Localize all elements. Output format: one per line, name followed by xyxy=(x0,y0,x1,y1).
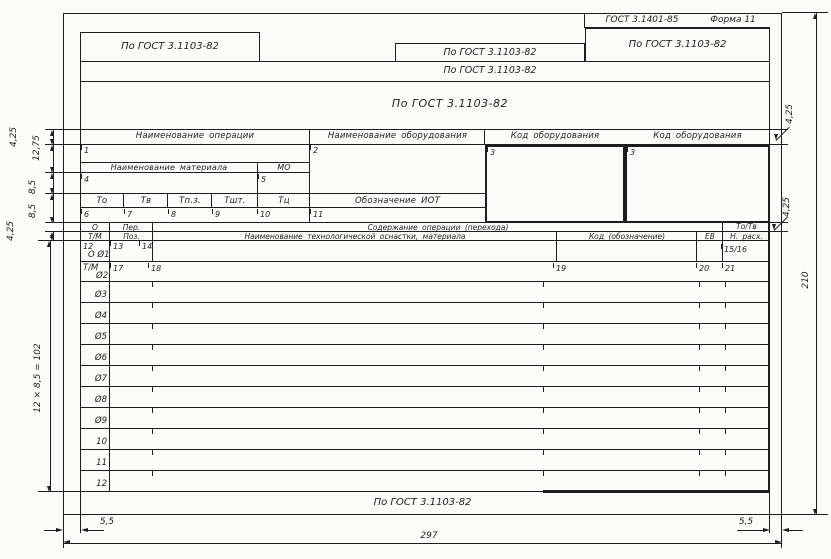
grid-line xyxy=(80,491,545,492)
row-number-label: Ø7 xyxy=(80,375,107,384)
dim-sheet-width: 297 xyxy=(413,532,445,541)
grid-line xyxy=(80,428,770,429)
field-number-5: 5 xyxy=(261,175,266,184)
dim-left-425-top: 4,25 xyxy=(9,127,19,147)
grid-line xyxy=(543,490,770,493)
row-number-label: 10 xyxy=(80,438,107,447)
row-number-label: 11 xyxy=(80,459,107,468)
grid-line xyxy=(152,222,153,262)
row-01-type-label: О Ø1 xyxy=(88,251,110,260)
column-tick xyxy=(699,429,700,434)
row-number-label: Ø9 xyxy=(80,417,107,426)
grid-line xyxy=(80,302,770,303)
grid-line xyxy=(80,172,310,173)
field-number-10: 10 xyxy=(260,210,270,219)
grid-line xyxy=(782,514,828,515)
column-tick xyxy=(543,366,544,371)
dim-right-425-mid: 4,25 xyxy=(782,197,792,217)
arrowhead xyxy=(47,241,51,247)
arrowhead xyxy=(772,224,776,230)
arrowhead xyxy=(50,235,54,241)
dim-rows-total: 12 × 8,5 = 102 xyxy=(33,343,43,412)
column-tick xyxy=(699,408,700,413)
sheet-frame xyxy=(63,13,782,515)
arrowhead xyxy=(56,528,63,532)
grid-line xyxy=(696,231,697,262)
grid-line xyxy=(770,231,788,232)
column-tick xyxy=(725,450,726,455)
field-number-9: 9 xyxy=(215,210,220,219)
grid-line xyxy=(80,231,770,232)
column-tick xyxy=(543,387,544,392)
standard-label: ГОСТ 3.1401-85 xyxy=(588,16,696,25)
arrowhead xyxy=(81,528,88,532)
field-number-2: 2 xyxy=(313,146,318,155)
ref-box-top-right: По ГОСТ 3.1103-82 xyxy=(585,28,770,62)
row-number-label: Ø6 xyxy=(80,354,107,363)
header-equipment-code-1: Код оборудования xyxy=(485,132,625,141)
field-number-19: 19 xyxy=(556,264,566,273)
grid-line xyxy=(770,222,788,223)
dim-left-425-bottom: 4,25 xyxy=(6,221,16,241)
arrowhead xyxy=(50,194,54,200)
column-tick xyxy=(543,429,544,434)
arrowhead xyxy=(50,217,54,223)
column-tick xyxy=(725,408,726,413)
grid-line xyxy=(50,241,51,492)
dim-sheet-height: 210 xyxy=(801,271,811,288)
grid-line xyxy=(584,13,585,28)
grid-line xyxy=(484,129,485,145)
grid-line xyxy=(80,449,770,450)
column-tick xyxy=(725,324,726,329)
grid-line xyxy=(123,193,124,208)
grid-line xyxy=(585,27,770,28)
row-01-number: Ø1 xyxy=(97,250,109,260)
header-equipment-code-2: Код оборудования xyxy=(625,132,770,141)
field-number-3a: 3 xyxy=(490,148,495,157)
arrowhead xyxy=(774,134,778,140)
dim-margin-right: 5,5 xyxy=(734,518,758,527)
dim-left-85-a: 8,5 xyxy=(28,180,38,194)
header-to-tv: То/Тв xyxy=(723,223,770,231)
equipment-code-box-2 xyxy=(625,145,770,223)
grid-line xyxy=(816,13,817,515)
header-t-pz: Тп.з. xyxy=(168,197,212,206)
column-tick xyxy=(725,345,726,350)
field-number-18: 18 xyxy=(151,264,161,273)
field-number-6: 6 xyxy=(84,210,89,219)
field-number-13: 13 xyxy=(113,242,123,251)
grid-line xyxy=(80,470,770,471)
column-tick xyxy=(725,303,726,308)
column-tick xyxy=(725,366,726,371)
row-number-label: 12 xyxy=(80,480,107,489)
grid-line xyxy=(80,261,770,262)
grid-line xyxy=(737,530,763,531)
column-tick xyxy=(699,282,700,287)
grid-line xyxy=(109,222,110,492)
column-tick xyxy=(699,387,700,392)
grid-line xyxy=(80,162,310,163)
grid-line xyxy=(80,81,770,82)
grid-line xyxy=(309,129,310,223)
arrowhead xyxy=(47,486,51,492)
column-tick xyxy=(152,408,153,413)
grid-line xyxy=(80,207,485,208)
arrowhead xyxy=(775,540,782,544)
grid-line xyxy=(80,240,770,241)
arrowhead xyxy=(763,528,770,532)
grid-line xyxy=(38,240,80,241)
grid-line xyxy=(80,144,770,145)
column-tick xyxy=(699,471,700,476)
form-number-label: Форма 11 xyxy=(700,16,766,25)
grid-line xyxy=(80,323,770,324)
ref-row-1: По ГОСТ 3.1103-82 xyxy=(400,66,580,76)
arrowhead xyxy=(50,130,54,136)
header-equipment-name: Наименование оборудования xyxy=(310,132,485,141)
arrowhead xyxy=(782,528,789,532)
field-number-21: 21 xyxy=(725,264,735,273)
column-tick xyxy=(152,345,153,350)
field-number-4: 4 xyxy=(84,175,89,184)
row-number-label: Ø8 xyxy=(80,396,107,405)
column-tick xyxy=(543,282,544,287)
arrowhead xyxy=(63,540,70,544)
equipment-code-box-1 xyxy=(485,145,625,223)
column-tick xyxy=(543,471,544,476)
column-tick xyxy=(725,471,726,476)
header-t-o: То xyxy=(80,197,124,206)
grid-line xyxy=(80,129,770,130)
grid-line xyxy=(769,61,770,145)
grid-line xyxy=(80,386,770,387)
gost-form-sheet: ГОСТ 3.1401-85 Форма 11 По ГОСТ 3.1103-8… xyxy=(0,0,831,559)
column-tick xyxy=(725,282,726,287)
column-tick xyxy=(543,345,544,350)
dim-left-1275: 12,75 xyxy=(32,135,42,161)
column-tick xyxy=(152,303,153,308)
grid-line xyxy=(80,193,485,194)
field-number-1: 1 xyxy=(84,146,89,155)
ref-box-top-left: По ГОСТ 3.1103-82 xyxy=(80,32,260,62)
column-tick xyxy=(152,450,153,455)
row-number-label: Ø5 xyxy=(80,333,107,342)
column-tick xyxy=(152,429,153,434)
header-iot: Обозначение ИОТ xyxy=(310,197,485,206)
grid-line xyxy=(63,543,782,544)
field-number-20: 20 xyxy=(699,264,709,273)
column-tick xyxy=(699,345,700,350)
row-02-number: Ø2 xyxy=(96,272,108,281)
grid-line xyxy=(38,491,80,492)
grid-line xyxy=(80,281,770,282)
column-tick xyxy=(699,450,700,455)
grid-line xyxy=(80,222,770,223)
grid-line xyxy=(782,12,828,13)
arrowhead xyxy=(813,509,817,515)
grid-line xyxy=(556,231,557,262)
column-tick xyxy=(152,324,153,329)
column-tick xyxy=(543,450,544,455)
grid-line xyxy=(167,193,168,208)
grid-line xyxy=(80,365,770,366)
grid-line xyxy=(789,530,803,531)
field-number-7: 7 xyxy=(127,210,132,219)
header-mo: МО xyxy=(258,164,310,172)
dim-right-425-top: 4,25 xyxy=(785,104,795,124)
grid-line xyxy=(770,129,788,130)
arrowhead xyxy=(813,13,817,19)
column-tick xyxy=(152,471,153,476)
ref-row-2: По ГОСТ 3.1103-82 xyxy=(355,98,545,109)
row-number-label: Ø4 xyxy=(80,312,107,321)
field-number-8: 8 xyxy=(171,210,176,219)
row-number-label: Ø3 xyxy=(80,291,107,300)
header-operation-name: Наименование операции xyxy=(80,132,310,141)
ref-footer: По ГОСТ 3.1103-82 xyxy=(63,498,782,508)
grid-line xyxy=(44,530,56,531)
column-tick xyxy=(543,324,544,329)
grid-line xyxy=(80,61,770,62)
column-tick xyxy=(543,408,544,413)
grid-line xyxy=(769,490,770,515)
field-number-3b: 3 xyxy=(630,148,635,157)
dim-margin-left: 5,5 xyxy=(95,518,119,527)
header-t-c: Тц xyxy=(258,197,310,206)
grid-line xyxy=(211,193,212,208)
field-number-15-16: 15/16 xyxy=(724,245,747,254)
column-tick xyxy=(725,387,726,392)
grid-line xyxy=(80,407,770,408)
row-01-type: О xyxy=(88,250,95,260)
header-t-sht: Тшт. xyxy=(212,197,258,206)
header-t-v: Тв xyxy=(124,197,168,206)
column-tick xyxy=(152,387,153,392)
grid-line xyxy=(257,162,258,208)
grid-line xyxy=(88,530,104,531)
column-tick xyxy=(699,366,700,371)
dim-left-85-b: 8,5 xyxy=(28,204,38,218)
column-tick xyxy=(152,366,153,371)
field-number-17: 17 xyxy=(113,264,123,273)
column-tick xyxy=(699,324,700,329)
field-number-11: 11 xyxy=(313,210,323,219)
field-number-14: 14 xyxy=(142,242,152,251)
arrowhead xyxy=(50,173,54,179)
grid-line xyxy=(80,344,770,345)
ref-box-middle: По ГОСТ 3.1103-82 xyxy=(395,43,585,62)
column-tick xyxy=(699,303,700,308)
header-material-name: Наименование материала xyxy=(80,164,258,172)
column-tick xyxy=(725,429,726,434)
column-tick xyxy=(543,303,544,308)
arrowhead xyxy=(50,145,54,151)
column-tick xyxy=(152,282,153,287)
grid-line xyxy=(722,222,723,262)
grid-line xyxy=(770,144,788,145)
